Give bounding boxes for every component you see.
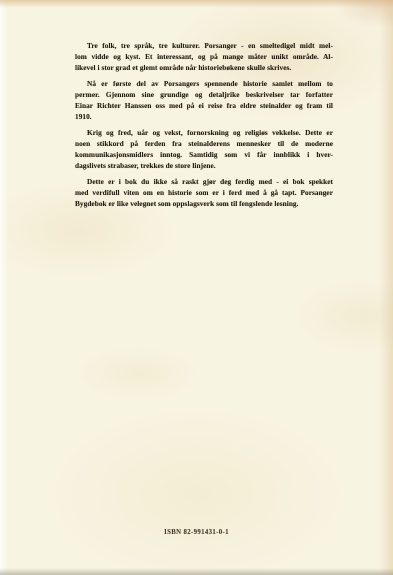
blurb-line: Einar Richter Hanssen oss med på ei reis… xyxy=(75,100,333,111)
blurb-line: Krig og fred, uår og vekst, fornorskning… xyxy=(75,127,333,138)
blurb-line: noen stikkord på ferden fra steinalderen… xyxy=(75,138,333,149)
blurb-line: lom vidde og kyst. Et interessant, og på… xyxy=(75,51,333,62)
blurb-line: med verdifull viten om en historie som e… xyxy=(75,187,333,198)
blurb-line: permer. Gjennom sine grundige og detaljr… xyxy=(75,89,333,100)
blurb-line: 1910. xyxy=(75,111,333,122)
page-edge-top xyxy=(0,0,393,8)
blurb-line: dagslivets strabaser, trekkes de store l… xyxy=(75,160,333,171)
blurb-line: Dette er i bok du ikke så raskt gjør deg… xyxy=(75,176,333,187)
page-edge-left xyxy=(0,0,8,575)
page-corner-top-right xyxy=(323,0,393,40)
blurb-line: kommunikasjonsmidlers inntog. Samtidig s… xyxy=(75,149,333,160)
blurb-line: likevel i stor grad et glemt område når … xyxy=(75,62,333,73)
book-back-cover: Tre folk, tre språk, tre kulturer. Porsa… xyxy=(0,0,393,575)
isbn-text: ISBN 82-991431-0-1 xyxy=(0,529,393,536)
blurb-line: Tre folk, tre språk, tre kulturer. Porsa… xyxy=(75,40,333,51)
blurb-paragraph: Nå er første del av Porsangers spennende… xyxy=(75,78,333,122)
page-edge-bottom xyxy=(0,568,393,575)
blurb-line: Nå er første del av Porsangers spennende… xyxy=(75,78,333,89)
blurb-paragraph: Tre folk, tre språk, tre kulturer. Porsa… xyxy=(75,40,333,73)
page-edge-right xyxy=(379,0,393,575)
blurb-line: Bygdebok er like velegnet som oppslagsve… xyxy=(75,198,333,209)
blurb-text-block: Tre folk, tre språk, tre kulturer. Porsa… xyxy=(75,40,333,214)
blurb-paragraph: Dette er i bok du ikke så raskt gjør deg… xyxy=(75,176,333,209)
blurb-paragraph: Krig og fred, uår og vekst, fornorskning… xyxy=(75,127,333,171)
